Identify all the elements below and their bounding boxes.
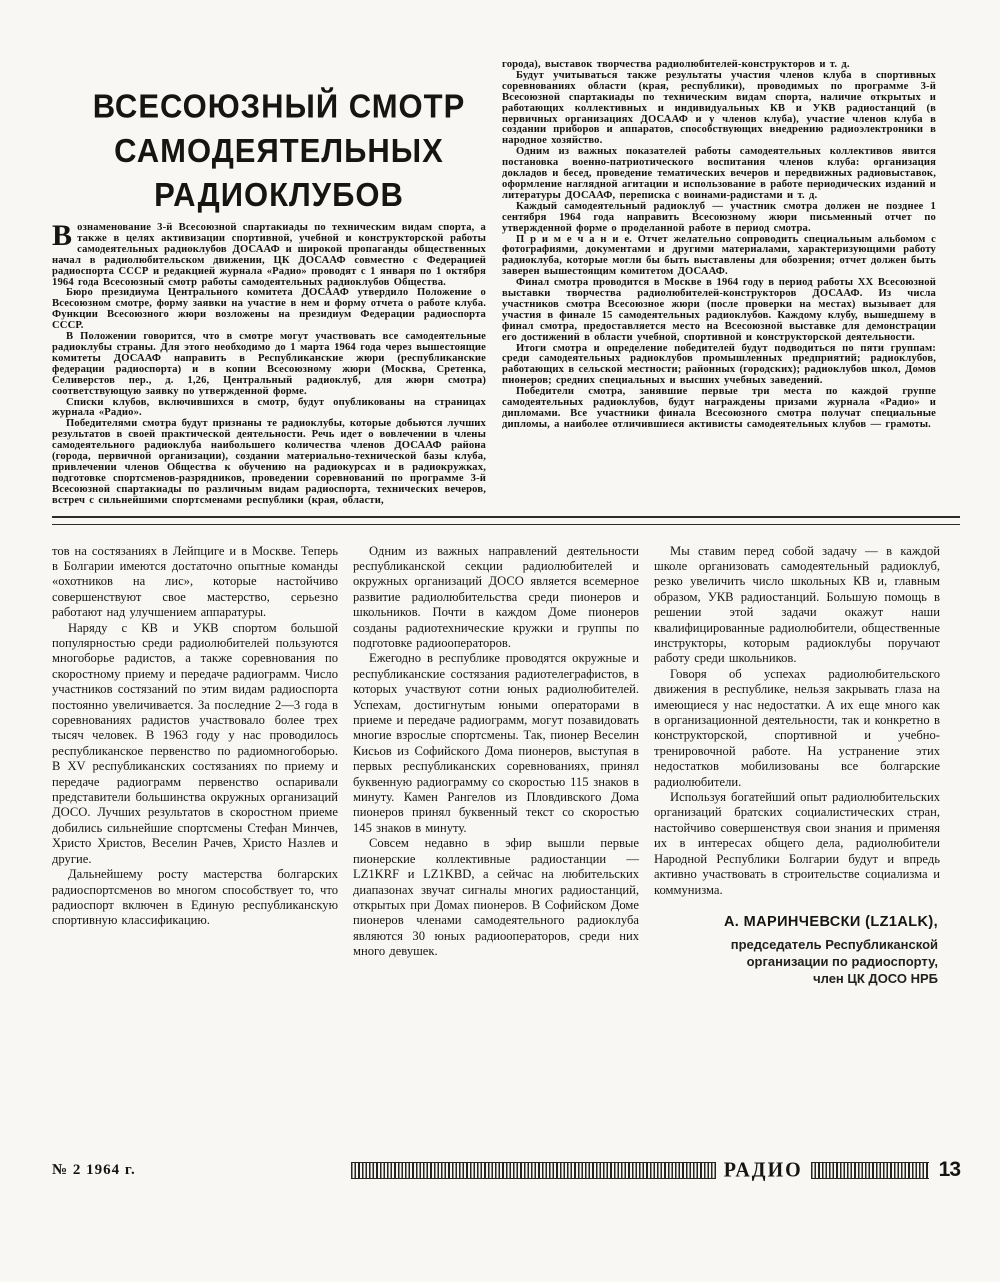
bottom-middle-column: Одним из важных направлений деятельности…	[353, 544, 639, 987]
paragraph: Победителями смотра будут признаны те ра…	[52, 419, 486, 506]
page-footer: № 2 1964 г. РАДИО 13	[52, 1158, 960, 1182]
author-role: член ЦК ДОСО НРБ	[654, 970, 938, 987]
paragraph-text: ознаменование 3-й Всесоюзной спартакиады…	[52, 222, 486, 288]
section-divider	[52, 516, 960, 525]
bottom-left-column: тов на состязаниях в Лейпциге и в Москве…	[52, 544, 338, 987]
stripe-bar-icon	[811, 1162, 929, 1179]
footer-band: РАДИО	[351, 1159, 939, 1182]
magazine-page: ВСЕСОЮЗНЫЙ СМОТР САМОДЕЯТЕЛЬНЫХ РАДИОКЛУ…	[0, 0, 1000, 1282]
article-title: ВСЕСОЮЗНЫЙ СМОТР САМОДЕЯТЕЛЬНЫХ РАДИОКЛУ…	[82, 84, 476, 217]
bottom-right-column: Мы ставим перед собой задачу — в каждой …	[654, 544, 940, 987]
paragraph: тов на состязаниях в Лейпциге и в Москве…	[52, 544, 338, 621]
paragraph: Финал смотра проводится в Москве в 1964 …	[502, 278, 936, 343]
paragraph: Бюро президиума Центрального комитета ДО…	[52, 288, 486, 332]
paragraph: В Положении говорится, что в смотре могу…	[52, 332, 486, 397]
author-role: председатель Республиканской	[654, 936, 938, 953]
paragraph: Наряду с КВ и УКВ спортом большой популя…	[52, 621, 338, 868]
top-section: ВСЕСОЮЗНЫЙ СМОТР САМОДЕЯТЕЛЬНЫХ РАДИОКЛУ…	[52, 60, 960, 507]
title-line: САМОДЕЯТЕЛЬНЫХ	[82, 128, 476, 172]
issue-label: № 2 1964 г.	[52, 1162, 136, 1179]
paragraph: Будут учитываться также результаты участ…	[502, 71, 936, 147]
title-line: РАДИОКЛУБОВ	[82, 173, 476, 217]
top-left-column: ВСЕСОЮЗНЫЙ СМОТР САМОДЕЯТЕЛЬНЫХ РАДИОКЛУ…	[52, 60, 486, 507]
paragraph: Говоря об успехах радиолюбительского дви…	[654, 667, 940, 790]
paragraph: Мы ставим перед собой задачу — в каждой …	[654, 544, 940, 667]
paragraph: Итоги смотра и определение победителей б…	[502, 344, 936, 388]
paragraph: Дальнейшему росту мастерства болгарских …	[52, 867, 338, 929]
stripe-bar-icon	[351, 1162, 716, 1179]
author-signature: А. МАРИНЧЕВСКИ (LZ1ALK), председатель Ре…	[654, 914, 940, 987]
paragraph: П р и м е ч а н и е. Отчет желательно со…	[502, 235, 936, 279]
radio-logo: РАДИО	[716, 1158, 811, 1182]
drop-cap: В	[52, 223, 77, 247]
author-name: А. МАРИНЧЕВСКИ (LZ1ALK),	[654, 914, 938, 930]
bottom-section: тов на состязаниях в Лейпциге и в Москве…	[52, 544, 960, 987]
paragraph: Вознаменование 3-й Всесоюзной спартакиад…	[52, 223, 486, 288]
paragraph: Ежегодно в республике проводятся окружны…	[353, 651, 639, 836]
paragraph: Используя богатейший опыт радиолюбительс…	[654, 790, 940, 898]
paragraph: Одним из важных показателей работы самод…	[502, 147, 936, 202]
top-right-column: города), выставок творчества радиолюбите…	[502, 60, 936, 507]
page-number: 13	[939, 1158, 960, 1182]
paragraph: Совсем недавно в эфир вышли первые пионе…	[353, 836, 639, 959]
author-role: организации по радиоспорту,	[654, 953, 938, 970]
paragraph: Списки клубов, включившихся в смотр, буд…	[52, 398, 486, 420]
paragraph: Победители смотра, занявшие первые три м…	[502, 387, 936, 431]
title-line: ВСЕСОЮЗНЫЙ СМОТР	[82, 84, 476, 128]
paragraph: Одним из важных направлений деятельности…	[353, 544, 639, 652]
paragraph: Каждый самодеятельный радиоклуб — участн…	[502, 202, 936, 235]
